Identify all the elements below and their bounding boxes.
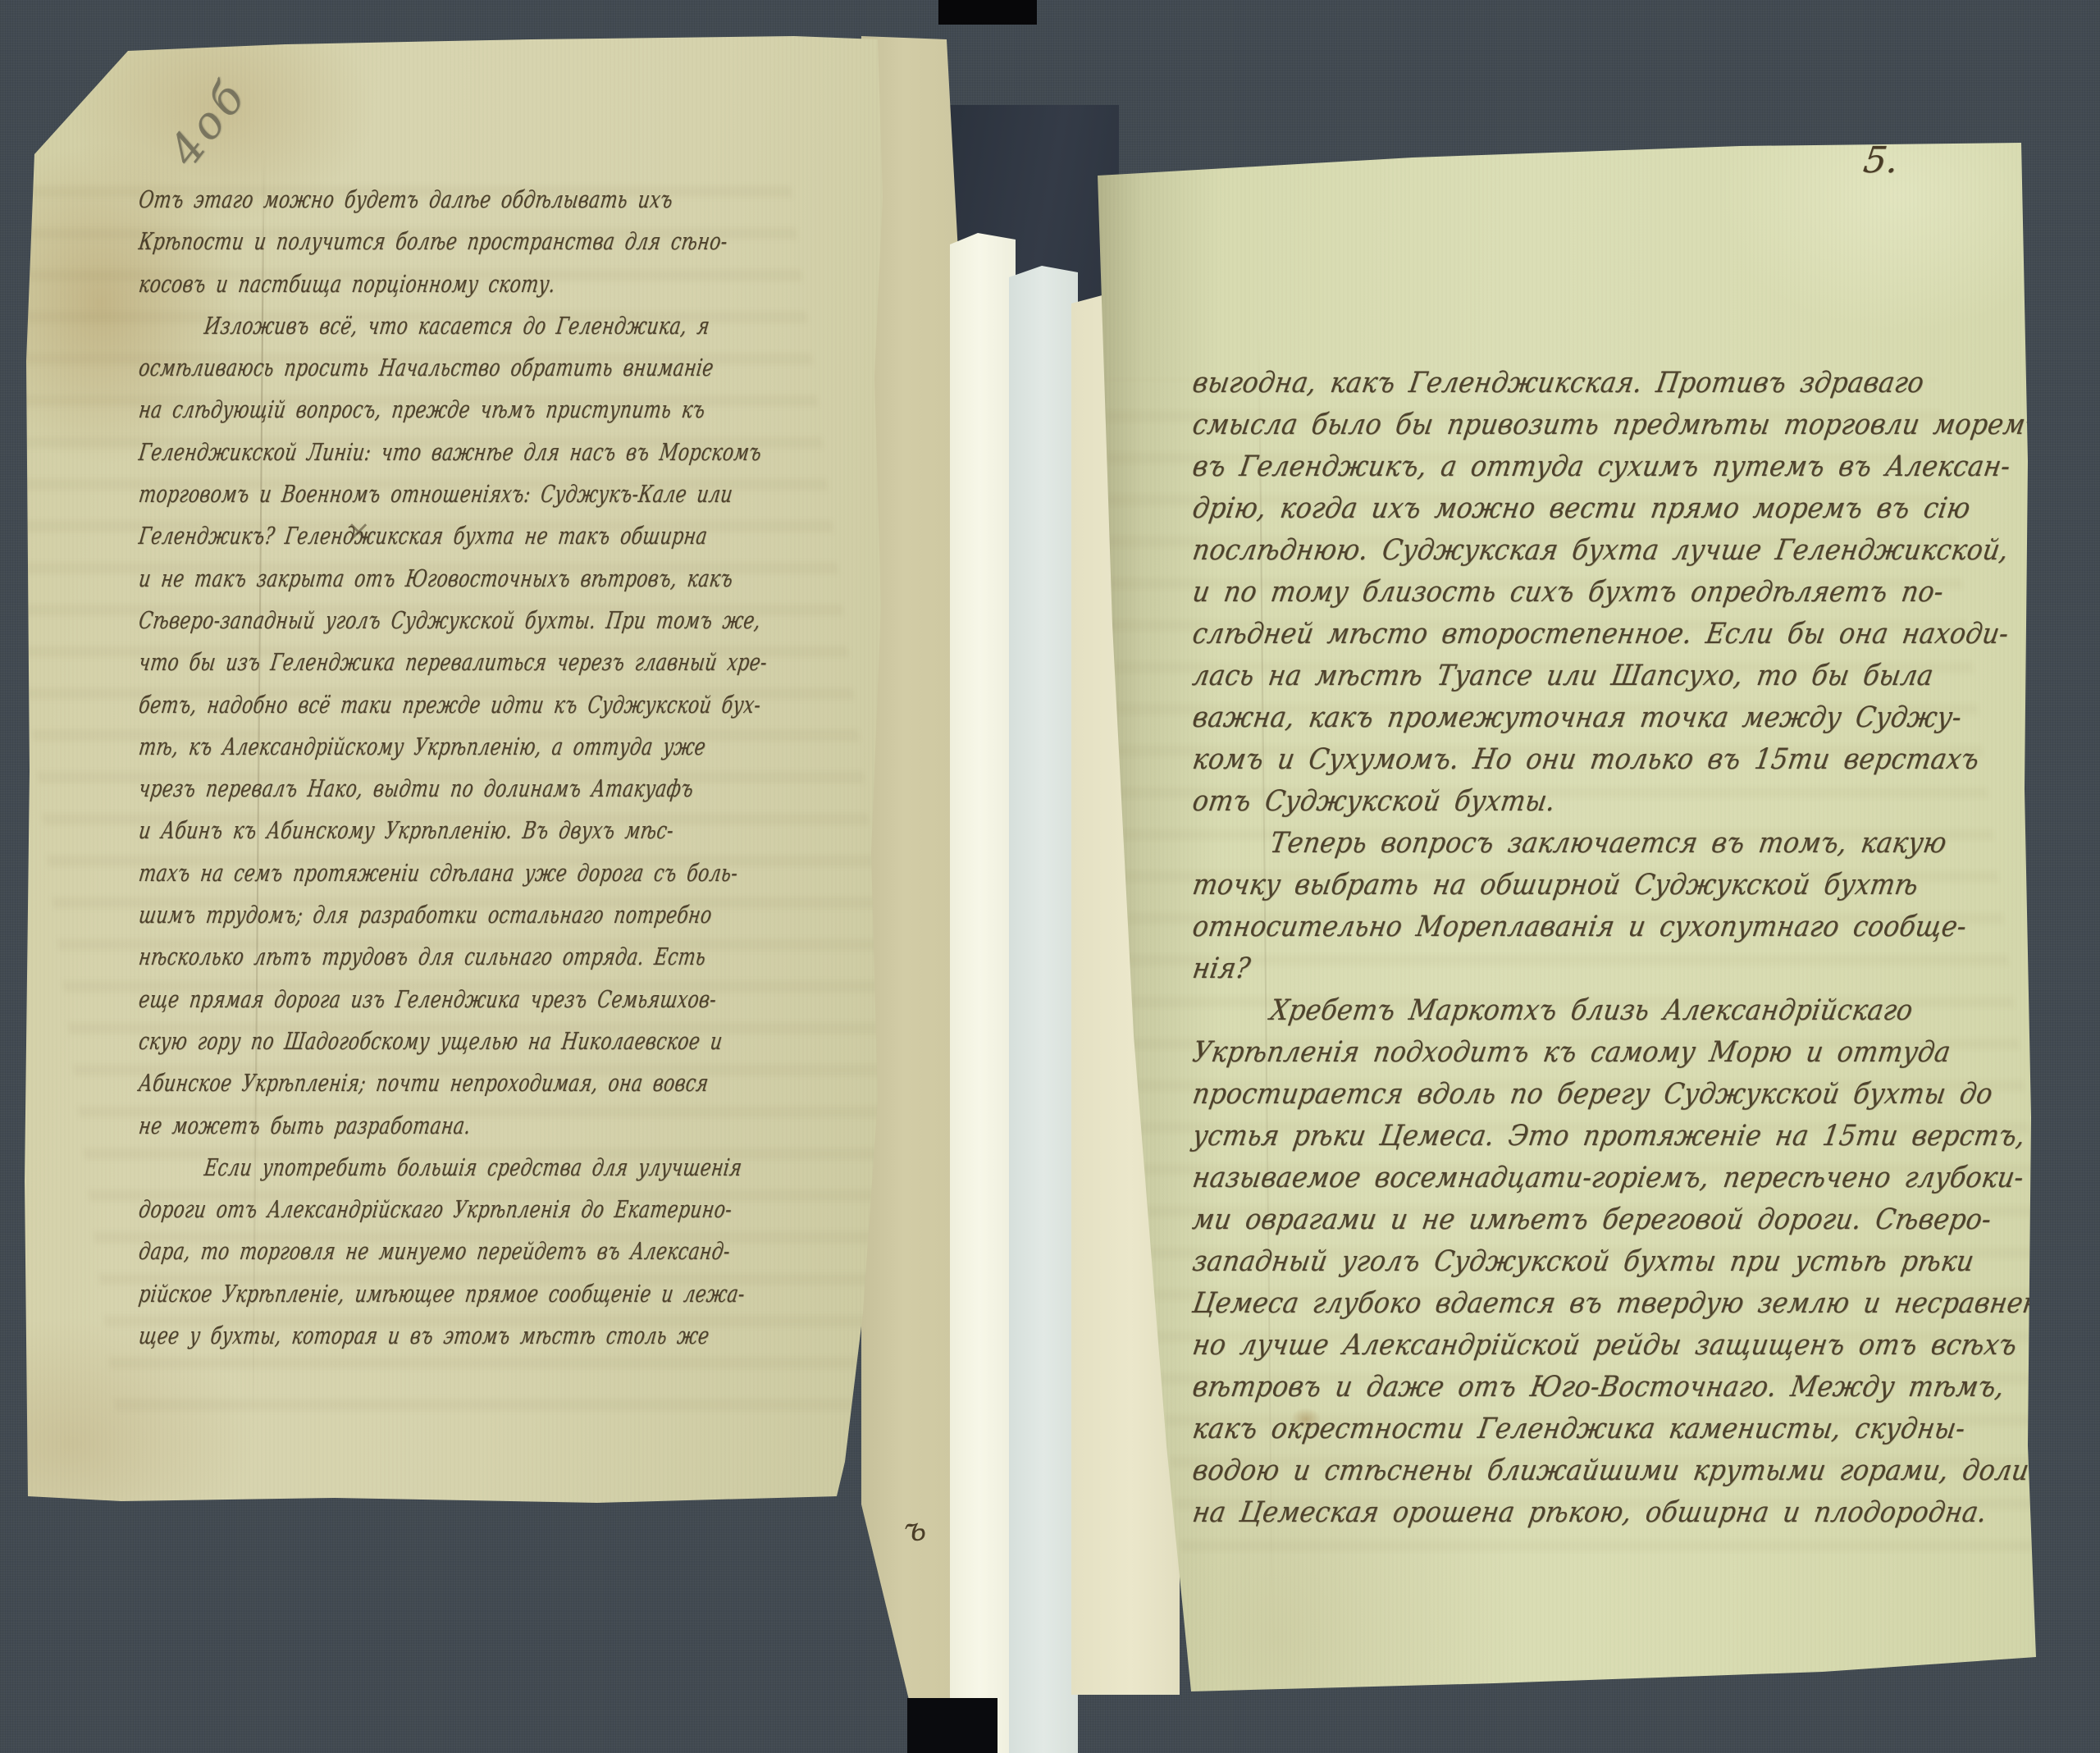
manuscript-line: смысла было бы привозить предмѣты торгов… — [1189, 404, 2052, 446]
manuscript-line: послѣднюю. Суджукская бухта лучше Геленд… — [1189, 530, 2052, 572]
manuscript-line: устья рѣки Цемеса. Это протяженіе на 15т… — [1189, 1116, 2052, 1157]
manuscript-text-right: выгодна, какъ Геленджикская. Противъ здр… — [1189, 363, 2100, 1534]
manuscript-line: на Цемеская орошена рѣкою, обширна и пло… — [1189, 1492, 2052, 1534]
manuscript-line: какъ окрестности Геленджика каменисты, с… — [1189, 1408, 2052, 1450]
manuscript-line: называемое восемнадцати-горіемъ, пересѣч… — [1189, 1157, 2052, 1199]
manuscript-line: въ Геленджикъ, а оттуда сухимъ путемъ въ… — [1189, 446, 2052, 488]
manuscript-line: Укрѣпленія подходитъ къ самому Морю и от… — [1189, 1032, 2052, 1074]
binding-tape-top — [938, 0, 1037, 25]
manuscript-text-left: Отъ этаго можно будетъ далѣе обдѣлывать … — [136, 179, 962, 1357]
page-number: 5. — [1860, 139, 1901, 181]
manuscript-line: еще прямая дорога изъ Геленджика чрезъ С… — [136, 979, 769, 1020]
page-left-folio-4-verso: 4об × Отъ этаго можно будетъ далѣе обдѣл… — [23, 33, 889, 1509]
manuscript-line: Изложивъ всё, что касается до Геленджика… — [136, 305, 769, 347]
manuscript-line: Теперь вопросъ заключается въ томъ, каку… — [1189, 823, 2052, 865]
manuscript-line: комъ и Сухумомъ. Но они только въ 15ти в… — [1189, 739, 2052, 781]
manuscript-line: тахъ на семъ протяженіи сдѣлана уже доро… — [136, 852, 769, 894]
manuscript-line: Абинское Укрѣпленія; почти непроходимая,… — [136, 1062, 769, 1104]
manuscript-line: Хребетъ Маркотхъ близь Александрійскаго — [1189, 990, 2052, 1032]
manuscript-line: Крѣпости и получится болѣе пространства … — [136, 221, 769, 262]
manuscript-line: но лучше Александрійской рейды защищенъ … — [1189, 1325, 2052, 1367]
manuscript-line: западный уголъ Суджукской бухты при усть… — [1189, 1241, 2052, 1283]
manuscript-line: Цемеса глубоко вдается въ твердую землю … — [1189, 1283, 2052, 1325]
manuscript-line: на слѣдующій вопросъ, прежде чѣмъ присту… — [136, 389, 769, 431]
manuscript-line: что бы изъ Геленджика перевалиться через… — [136, 641, 769, 683]
manuscript-line: дара, то торговля не минуемо перейдетъ в… — [136, 1230, 769, 1272]
manuscript-line: важна, какъ промежуточная точка между Су… — [1189, 697, 2052, 739]
manuscript-line: водою и стѣснены ближайшими крутыми гора… — [1189, 1450, 2052, 1492]
manuscript-line: вѣтровъ и даже отъ Юго-Восточнаго. Между… — [1189, 1367, 2052, 1408]
manuscript-line: шимъ трудомъ; для разработки остальнаго … — [136, 894, 769, 936]
manuscript-line: отъ Суджукской бухты. — [1189, 781, 2052, 823]
manuscript-line: не можетъ быть разработана. — [136, 1105, 769, 1147]
manuscript-line: Отъ этаго можно будетъ далѣе обдѣлывать … — [136, 179, 769, 221]
page-right-folio-5: 5. выгодна, какъ Геленджикская. Противъ … — [1084, 133, 2043, 1700]
manuscript-line: Геленджикъ? Геленджикская бухта не такъ … — [136, 515, 769, 557]
manuscript-line: дороги отъ Александрійскаго Укрѣпленія д… — [136, 1189, 769, 1230]
manuscript-line: торговомъ и Военномъ отношеніяхъ: Суджук… — [136, 473, 769, 515]
manuscript-line: тѣ, къ Александрійскому Укрѣпленію, а от… — [136, 726, 769, 768]
folio-number-pencil: 4об — [158, 70, 257, 176]
manuscript-line: Если употребить большія средства для улу… — [136, 1147, 769, 1189]
book-scan: ъ 4об × Отъ этаго можно будетъ далѣе обд… — [0, 0, 2100, 1753]
manuscript-line: бетъ, надобно всё таки прежде идти къ Су… — [136, 684, 769, 726]
manuscript-line: лась на мѣстѣ Туапсе или Шапсухо, то бы … — [1189, 655, 2052, 697]
manuscript-line: Сѣверо-западный уголъ Суджукской бухты. … — [136, 600, 769, 641]
manuscript-line: выгодна, какъ Геленджикская. Противъ здр… — [1189, 363, 2052, 404]
manuscript-line: нѣсколько лѣтъ трудовъ для сильнаго отря… — [136, 936, 769, 978]
manuscript-line: ми оврагами и не имѣетъ береговой дороги… — [1189, 1199, 2052, 1241]
manuscript-line: слѣдней мѣсто второстепенное. Если бы он… — [1189, 614, 2052, 655]
manuscript-line: простирается вдоль по берегу Суджукской … — [1189, 1074, 2052, 1116]
manuscript-line: и по тому близость сихъ бухтъ опредѣляет… — [1189, 572, 2052, 614]
manuscript-line: и Абинъ къ Абинскому Укрѣпленію. Въ двух… — [136, 810, 769, 851]
manuscript-line: косовъ и пастбища порціонному скоту. — [136, 263, 769, 305]
manuscript-line: Геленджикской Линіи: что важнѣе для насъ… — [136, 431, 769, 473]
manuscript-line: щее у бухты, которая и въ этомъ мѣстѣ ст… — [136, 1315, 769, 1357]
manuscript-line: относительно Мореплаванія и сухопутнаго … — [1189, 906, 2052, 948]
manuscript-line: скую гору по Шадогобскому ущелью на Нико… — [136, 1020, 769, 1062]
manuscript-line: точку выбрать на обширной Суджукской бух… — [1189, 865, 2052, 906]
tissue-guard-blue — [1009, 266, 1078, 1753]
tissue-guard-white — [950, 231, 1016, 1753]
manuscript-line: и не такъ закрыта отъ Юговосточныхъ вѣтр… — [136, 558, 769, 600]
manuscript-line: чрезъ перевалъ Нако, выдти по долинамъ А… — [136, 768, 769, 810]
manuscript-line: дрію, когда ихъ можно вести прямо моремъ… — [1189, 488, 2052, 530]
manuscript-line: осмѣливаюсь просить Начальство обратить … — [136, 347, 769, 389]
manuscript-line: рійское Укрѣпленіе, имѣющее прямое сообщ… — [136, 1273, 769, 1315]
binding-ribbon-bottom — [907, 1698, 997, 1753]
ink-fragment: ъ — [902, 1509, 929, 1550]
manuscript-line: нія? — [1189, 948, 2052, 990]
